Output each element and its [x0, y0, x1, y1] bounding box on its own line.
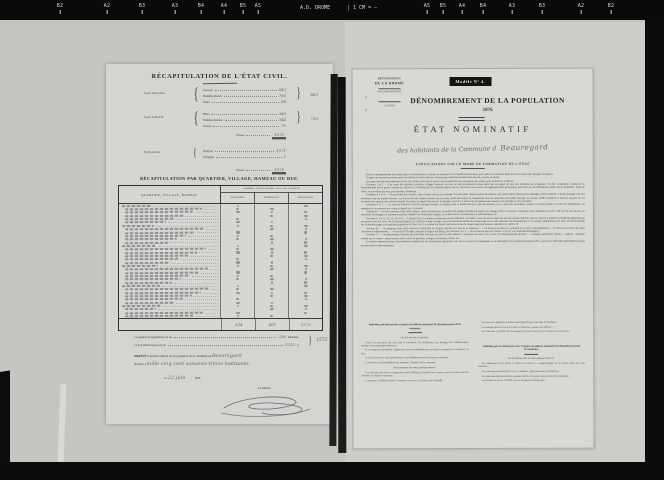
agglomeree-value: 358	[278, 334, 285, 339]
totaux-value: 1573	[272, 132, 286, 137]
binding-tape	[329, 74, 337, 446]
divider	[408, 332, 422, 333]
handwritten-digit	[305, 268, 307, 270]
scan-edge-left	[0, 370, 10, 472]
department-name: DE LA DROME	[361, 81, 419, 85]
item: Les individus détenus dans les maisons d…	[478, 374, 586, 377]
handwritten-digit	[305, 228, 307, 230]
dotted-leader	[179, 238, 218, 240]
include-header: Individus qui doivent être compris au ta…	[365, 323, 465, 330]
handwritten-digit	[270, 278, 274, 280]
dotted-leader	[215, 89, 277, 91]
handwritten-place-name	[125, 241, 168, 243]
item: Les voyageurs, marchands, colporteurs, o…	[361, 348, 469, 355]
dotted-leader	[192, 275, 218, 277]
handwritten-digit	[271, 251, 273, 253]
handwritten-digit	[305, 258, 307, 260]
scan-edge-right	[645, 18, 664, 480]
ruler-mark: B3	[539, 3, 546, 14]
handwritten-place-name	[122, 245, 156, 247]
form-model-badge: Modèle N° 4.	[450, 77, 492, 86]
item: Les marins et militaires dont la commune…	[361, 379, 469, 382]
handwritten-digit	[271, 241, 273, 243]
row-value: 366	[279, 111, 286, 116]
group-label-feminin: Sexe féminin	[144, 115, 164, 119]
exclude-header: Individus qui ne doivent pas être compri…	[482, 344, 582, 351]
row-label: Veufs	[203, 100, 210, 104]
row-label: Veuves	[203, 124, 211, 128]
paragraph: Colonnes 9, 10, 11, 12, 13, 14 et 15. — …	[361, 216, 585, 227]
right-page: DÉPARTEMENT DE LA DROME ARRONDISSEMENT d…	[345, 22, 647, 463]
page-title: DÉNOMBREMENT DE LA POPULATION	[393, 96, 583, 105]
eparse-value: 1215	[285, 342, 295, 347]
handwritten-digit	[270, 275, 273, 277]
dotted-leader	[194, 295, 218, 297]
handwritten-digit	[237, 315, 239, 317]
total-masculin: 863	[310, 92, 318, 97]
handwritten-digit	[304, 312, 307, 314]
col-header-maisons: DE MAISONS	[221, 193, 254, 203]
handwritten-digit	[236, 218, 239, 220]
item: Toutes les personnes qui ont, dans la co…	[361, 341, 469, 348]
row-value: 1571	[276, 148, 286, 153]
handwritten-place-name	[125, 214, 184, 216]
handwritten-place-name	[125, 301, 174, 303]
brace: {	[193, 145, 197, 160]
mayor-signature	[218, 391, 314, 421]
dotted-leader	[211, 113, 276, 115]
dotted-leader	[168, 221, 218, 223]
item: Les détenus et les hospitalisés des mais…	[361, 361, 469, 364]
ruler-mark: A4	[221, 3, 228, 14]
handwritten-count-cell	[220, 314, 254, 317]
dotted-leader	[196, 315, 218, 317]
maire-label: Le Maire,	[258, 386, 311, 390]
dotted-leader	[212, 288, 218, 290]
ruler-mark: A5	[255, 3, 262, 14]
dotted-leader	[185, 298, 218, 300]
group-header-label: NOMBRE, PAR QUARTIER, VILLAGE, HAMEAU	[221, 186, 322, 193]
arrondissement-label: ARRONDISSEMENT	[361, 91, 419, 93]
explanations-text: Tous les renseignements nécessaires pour…	[361, 173, 585, 320]
ruler-mark: A3	[509, 3, 516, 14]
row-veuves: Veuves70	[203, 122, 286, 128]
ruler-mark: B4	[480, 3, 487, 14]
handwritten-count-cell	[288, 314, 322, 317]
handwritten-digit	[236, 312, 240, 314]
exclude-subhead: Ne doivent pas être inscrits, quoique pr…	[478, 357, 586, 360]
arrete-line: ARRÊTÉ le présent tableau de la populati…	[134, 353, 311, 359]
ruler-mark: B2	[608, 3, 615, 14]
row-label: Français	[203, 149, 213, 153]
commune-line-prefix: des habitants de la Commune d	[397, 145, 496, 154]
row-value: 766	[279, 93, 286, 98]
dotted-leader	[224, 95, 277, 97]
handwritten-digit	[304, 205, 308, 207]
handwritten-digit	[270, 215, 273, 217]
agglomeree-suffix: habitants.	[288, 335, 299, 339]
brace: }	[308, 332, 312, 348]
left-page-title: RÉCAPITULATION DE L'ÉTAT CIVIL.	[106, 73, 333, 80]
handwritten-digit	[305, 238, 307, 240]
handwritten-digit	[270, 295, 273, 297]
ruler-mark: A5	[424, 3, 431, 14]
handwritten-digit	[236, 292, 240, 294]
handwritten-digit	[237, 205, 239, 207]
item: Les ouvriers employés au dehors mais log…	[478, 321, 586, 324]
brace: {	[193, 84, 198, 104]
handwritten-place-name	[125, 231, 195, 234]
handwritten-digit	[270, 228, 274, 230]
dotted-leader	[197, 231, 218, 233]
date-line: Le 22 juin 1876.	[164, 375, 311, 381]
amount-handwriting: mille cinq cent soixante-treize habitant…	[147, 361, 250, 367]
handwritten-digit	[304, 225, 308, 227]
total-row-spacer	[119, 319, 221, 330]
ruler-mark: A2	[104, 3, 111, 14]
handwritten-digit	[236, 231, 240, 233]
handwritten-digit	[270, 238, 274, 240]
handwritten-digit	[270, 268, 274, 270]
handwritten-digit	[237, 225, 239, 227]
row-value: 344	[279, 117, 286, 122]
quartier-table: QUARTIER, VILLAGE, HAMEAU NOMBRE, PAR QU…	[118, 185, 323, 331]
dotted-leader	[225, 119, 277, 121]
dotted-leader	[204, 208, 218, 210]
ruler-mark: A2	[578, 3, 585, 14]
date-prefix: Le	[164, 376, 167, 380]
dotted-leader	[158, 308, 218, 310]
commune-name-handwriting: Beauregard	[500, 142, 548, 152]
dotted-leader	[170, 241, 218, 243]
dotted-leader	[208, 248, 218, 250]
dotted-leader	[176, 302, 218, 304]
divider	[524, 353, 538, 354]
divider	[459, 117, 485, 121]
handwritten-digit	[270, 208, 274, 210]
date-year: 1876.	[194, 376, 201, 380]
row-value: 64	[281, 99, 286, 104]
population-eparse-line: La Population éparse est de 1215 h.	[134, 342, 299, 347]
handwritten-digit	[270, 315, 273, 317]
divider	[379, 88, 401, 89]
dotted-leader	[174, 336, 277, 338]
dotted-leader	[181, 258, 218, 260]
date-handwriting: 22 juin	[168, 375, 186, 381]
binding-tape	[338, 77, 347, 453]
etat-civil-rows: Garçons643 Hommes mariés766 Veufs64 Fill…	[203, 86, 286, 128]
handwritten-digit	[304, 292, 307, 294]
row-etrangers: Étrangers2	[203, 153, 286, 159]
population-total: 1573	[316, 337, 327, 342]
handwritten-digit	[237, 275, 239, 277]
item: Les individus qui sont en voyage pour ca…	[361, 371, 469, 378]
include-subhead-2: Ne doivent pas être omis, quoique absent…	[361, 366, 469, 369]
handwritten-count-cell	[254, 314, 288, 317]
handwritten-place-name	[125, 251, 197, 254]
item: Les élèves internes et les pensionnaires…	[361, 356, 469, 359]
handwritten-digit	[237, 285, 239, 287]
dotted-leader	[215, 150, 274, 152]
ruler-mark: B4	[198, 3, 205, 14]
arrete-text: le présent tableau de la population de l…	[147, 354, 211, 358]
eparse-suffix: h.	[297, 343, 299, 347]
brace: }	[296, 85, 300, 102]
ruler-mark: B2	[57, 3, 64, 14]
dotted-leader	[162, 285, 218, 287]
row-value: 2	[284, 154, 286, 159]
handwritten-digit	[304, 255, 308, 257]
page-edge	[58, 384, 67, 462]
handwritten-place-name	[122, 205, 152, 207]
dotted-leader	[216, 156, 281, 158]
item: Les enfants ou élèves placés au dehors, …	[478, 362, 586, 369]
group-label-masculin: Sexe masculin	[144, 91, 165, 95]
totaux-label: Totaux	[236, 133, 244, 137]
row-label: Filles	[203, 112, 209, 116]
paragraph: Colonnes 3, 4 et 5. — On procédera par m…	[361, 193, 585, 204]
handwritten-place-name	[125, 315, 194, 318]
scanned-census-spread: B2 A2 B3 A3 B4 A4 B5 A5 A.D. DROME | 1 C…	[0, 0, 664, 480]
subcolumn-headers: DE MAISONS DE MÉNAGES D'HABITANTS	[221, 193, 322, 203]
table-header: QUARTIER, VILLAGE, HAMEAU NOMBRE, PAR QU…	[119, 186, 322, 204]
table-total-row: 334 401 1573	[119, 318, 322, 330]
ruler-mark: A3	[172, 3, 179, 14]
ruler-mark: B5	[240, 3, 247, 14]
population-agglomeree-line: La population agglomérée est de 358 habi…	[134, 334, 299, 339]
dotted-leader	[164, 305, 218, 307]
eparse-label: La Population éparse est de	[134, 343, 166, 347]
row-value: 70	[281, 123, 286, 128]
col-header-menages: DE MÉNAGES	[254, 193, 288, 203]
total-feminin: 710	[310, 116, 318, 121]
handwritten-digit	[271, 281, 273, 283]
handwritten-digit	[305, 218, 307, 220]
department-box: DÉPARTEMENT DE LA DROME ARRONDISSEMENT d…	[361, 77, 419, 112]
handwritten-place-name	[125, 271, 199, 274]
handwritten-digit	[236, 208, 239, 210]
handwritten-digit	[270, 255, 273, 257]
dotted-leader	[186, 215, 218, 217]
ruler-mark: B5	[440, 3, 447, 14]
handwritten-digit	[304, 251, 307, 253]
row-label: Femmes mariées	[203, 118, 223, 122]
handwritten-digit	[304, 271, 307, 273]
handwritten-digit	[304, 265, 308, 267]
total-general-row: Totaux 1573	[236, 167, 286, 172]
dotted-leader	[160, 265, 218, 267]
dotted-leader	[156, 225, 218, 227]
column-include: Individus qui doivent être compris au ta…	[361, 321, 469, 442]
handwritten-digit	[304, 215, 308, 217]
handwritten-digit	[236, 302, 240, 304]
handwritten-digit	[304, 285, 308, 287]
totaux-row: Totaux 1573	[236, 132, 286, 137]
explanations-title: EXPLICATIONS SUR LE MODE DE FORMATION DE…	[353, 162, 593, 167]
left-page: RÉCAPITULATION DE L'ÉTAT CIVIL. Sexe mas…	[106, 64, 333, 424]
total-maisons: 334	[235, 322, 242, 327]
include-subhead: On doit inscrire en général :	[361, 336, 469, 339]
handwritten-place-name	[122, 265, 158, 267]
table-body	[119, 204, 322, 318]
handwritten-digit	[237, 265, 239, 267]
handwritten-digit	[271, 261, 273, 263]
dotted-leader	[205, 312, 218, 314]
handwritten-digit	[304, 231, 307, 233]
scan-ruler-bar: B2 A2 B3 A3 B4 A4 B5 A5 A.D. DROME | 1 C…	[0, 0, 664, 20]
commune-handwriting: Beauregard	[212, 353, 242, 359]
brace: {	[193, 108, 198, 128]
paragraph: Colonnes 1 et 2. — Les noms des quartier…	[361, 183, 585, 194]
agglomeree-label: La population agglomérée est de	[134, 335, 172, 339]
row-label: Garçons	[203, 88, 213, 92]
dotted-leader	[195, 211, 218, 213]
subtitle-etat-nominatif: ÉTAT NOMINATIF	[353, 124, 593, 135]
handwritten-digit	[271, 292, 273, 294]
handwritten-digit	[304, 241, 307, 243]
paragraph: Le tableau nominatif pourra être utileme…	[361, 240, 585, 247]
handwritten-place-name	[125, 281, 172, 283]
handwritten-digit	[237, 305, 239, 307]
handwritten-digit	[236, 251, 240, 253]
handwritten-digit	[236, 271, 240, 273]
census-form-sheet: DÉPARTEMENT DE LA DROME ARRONDISSEMENT d…	[352, 68, 595, 450]
nationalite-rows: Français1571 Étrangers2	[203, 147, 286, 159]
total-general-value: 1573	[272, 167, 286, 172]
row-label: Hommes mariés	[203, 94, 222, 98]
col-group-nombre: NOMBRE, PAR QUARTIER, VILLAGE, HAMEAU DE…	[221, 186, 322, 203]
dotted-leader	[158, 245, 218, 247]
scan-edge-bottom	[0, 462, 664, 480]
item: Les jeunes gens partis pour le service m…	[478, 370, 586, 373]
dotted-leader	[210, 268, 218, 270]
handwritten-digit	[271, 302, 273, 304]
handwritten-digit	[304, 305, 308, 307]
column-exclude: Les ouvriers employés au dehors mais log…	[478, 321, 586, 442]
handwritten-digit	[270, 305, 273, 307]
row-value: 643	[279, 87, 286, 92]
dotted-leader	[154, 205, 218, 207]
handwritten-place-name	[122, 225, 154, 227]
handwritten-digit	[304, 295, 308, 297]
handwritten-digit	[236, 261, 240, 263]
divider	[461, 168, 485, 169]
ruler-mark: B3	[139, 3, 146, 14]
dotted-leader	[203, 292, 218, 294]
handwritten-digit	[270, 248, 274, 250]
handwritten-digit	[304, 245, 308, 247]
scale-label: | 1 CM = —	[347, 5, 377, 11]
arrete-word: ARRÊTÉ	[134, 354, 147, 358]
dotted-leader	[190, 255, 218, 257]
col-header-quartier: QUARTIER, VILLAGE, HAMEAU	[119, 186, 221, 203]
dotted-leader	[212, 101, 279, 103]
instruction-columns: Individus qui doivent être compris au ta…	[361, 321, 585, 443]
total-menages: 401	[269, 322, 276, 327]
etat-civil-block: Sexe masculin Sexe féminin Nationalité {…	[106, 86, 333, 182]
dotted-leader	[246, 134, 270, 136]
dotted-leader	[177, 218, 218, 220]
handwritten-place-name	[125, 261, 170, 263]
ruler-mark: A4	[459, 3, 466, 14]
dotted-leader	[172, 262, 218, 264]
dotted-leader	[168, 344, 283, 346]
handwritten-digit	[304, 281, 307, 283]
handwritten-digit	[270, 235, 273, 237]
commune-handwritten-line: des habitants de la Commune d Beauregard	[353, 135, 593, 159]
item: Les enfants placés en nourrice dans la c…	[478, 325, 586, 328]
dotted-leader	[183, 278, 218, 280]
dotted-leader	[174, 282, 218, 284]
dotted-leader	[201, 272, 218, 274]
brace: }	[296, 109, 300, 126]
total-general-label: Totaux	[236, 168, 244, 172]
handwritten-digit	[237, 235, 239, 237]
group-label-nationalite: Nationalité	[144, 150, 161, 154]
total-habitants: 1573	[301, 322, 311, 327]
handwritten-place-name	[125, 291, 201, 294]
dotted-leader	[206, 228, 218, 230]
montant-line: montant à mille cinq cent soixante-treiz…	[134, 361, 311, 367]
department-label: DÉPARTEMENT	[361, 77, 419, 80]
census-year: 1876	[393, 108, 583, 113]
handwritten-digit	[237, 245, 239, 247]
flourish	[202, 83, 236, 86]
dotted-leader	[188, 235, 218, 237]
handwritten-digit	[270, 265, 273, 267]
handwritten-digit	[270, 225, 273, 227]
item: Les individus recueillis dans les hospic…	[478, 330, 586, 333]
table-title: RÉCAPITULATION PAR QUARTIER, VILLAGE, HA…	[106, 176, 333, 181]
archive-label: A.D. DROME	[300, 5, 330, 11]
dotted-leader	[246, 169, 270, 171]
row-label: Étrangers	[203, 155, 214, 159]
item: Les marins au service de l'État et ceux …	[478, 379, 586, 382]
col-header-habitants: D'HABITANTS	[288, 193, 322, 203]
dotted-leader	[213, 125, 279, 127]
dotted-leader	[199, 251, 218, 253]
montant-label: montant à	[134, 362, 146, 366]
